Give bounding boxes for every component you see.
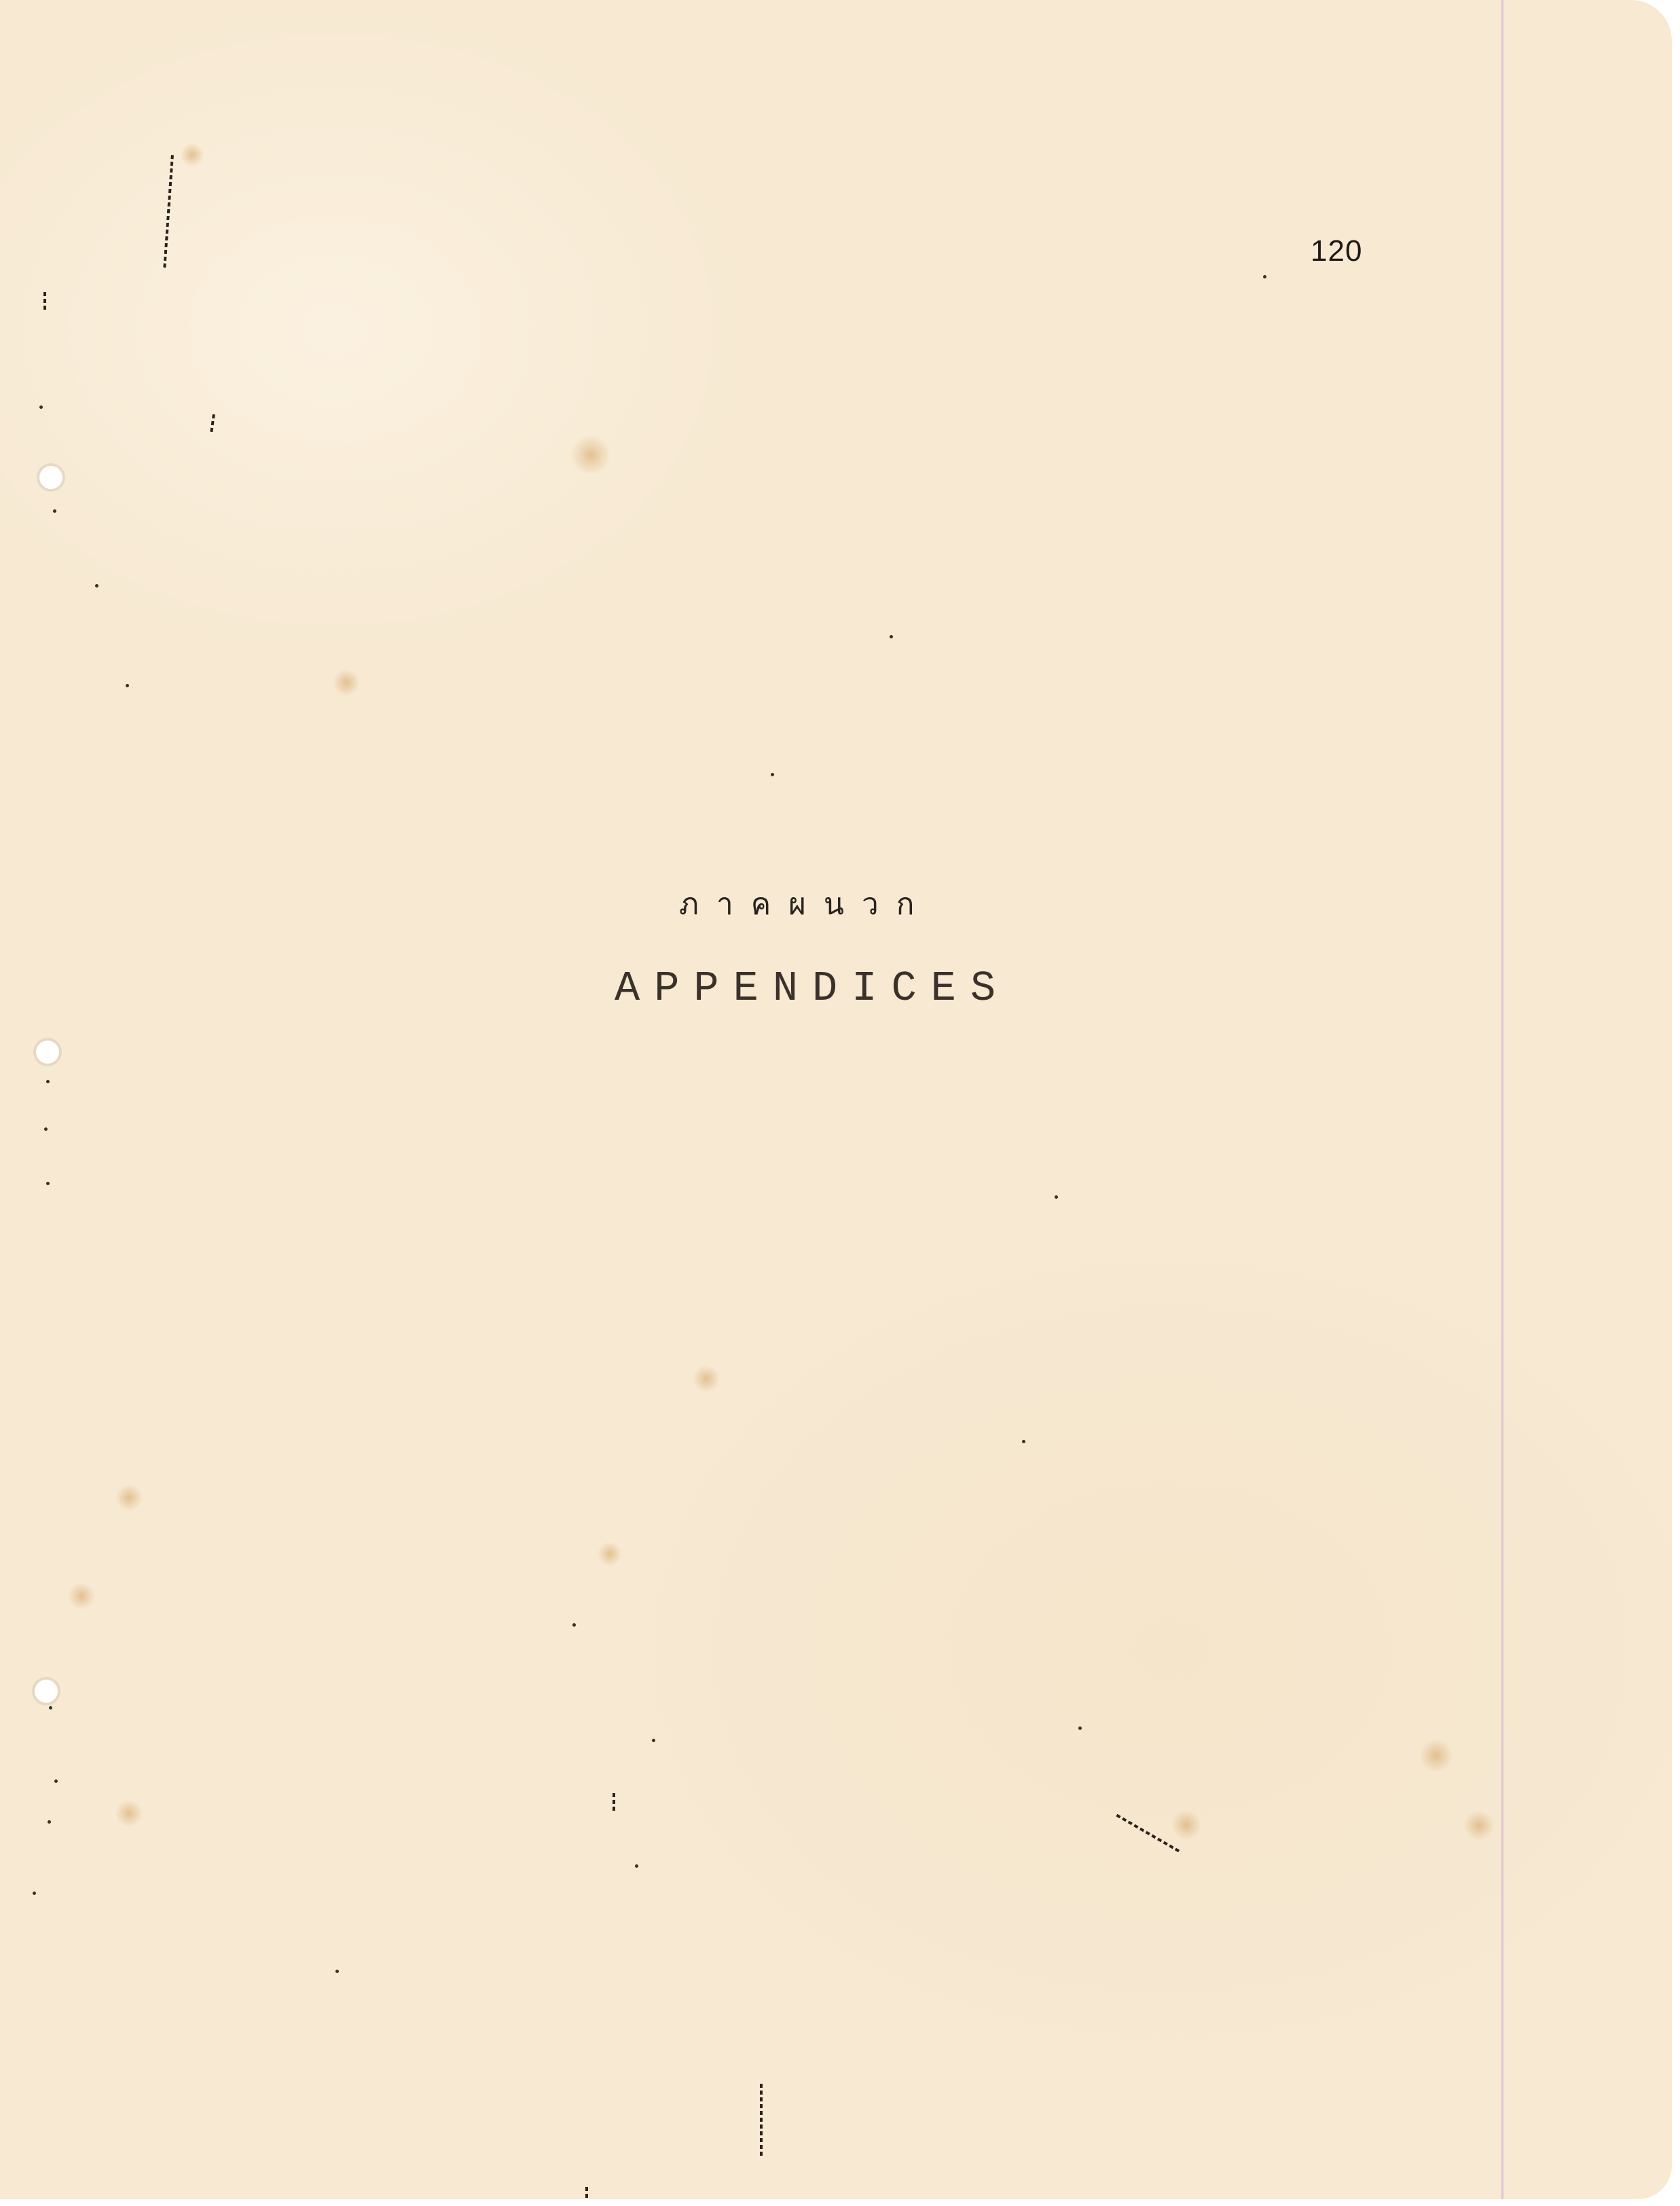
document-page: 120 ภาคผนวก APPENDICES [0, 0, 1672, 2199]
margin-mark [210, 414, 215, 433]
speck [1078, 1726, 1082, 1730]
stain [693, 1365, 720, 1392]
page-number: 120 [1311, 234, 1362, 268]
speck [1055, 1195, 1058, 1199]
punch-hole-bottom [35, 1680, 58, 1703]
speck [1022, 1440, 1025, 1443]
speck [46, 1182, 50, 1185]
speck [53, 509, 56, 513]
stain [1419, 1739, 1453, 1773]
stain [115, 1484, 143, 1511]
stain [180, 143, 204, 167]
stain [68, 1583, 95, 1610]
speck [126, 684, 129, 687]
speck [335, 1970, 339, 1973]
speck [49, 1706, 52, 1710]
stain [1171, 1810, 1201, 1840]
speck [635, 1864, 638, 1868]
speck [572, 1623, 576, 1627]
speck [39, 405, 43, 409]
speck [1263, 275, 1266, 278]
margin-mark [613, 1793, 615, 1813]
margin-mark [43, 292, 46, 312]
speck [652, 1739, 655, 1742]
title-thai: ภาคผนวก [679, 880, 932, 928]
speck [33, 1892, 36, 1895]
speck [95, 584, 98, 587]
stain [333, 669, 360, 696]
speck [46, 1080, 50, 1083]
right-margin-line [1501, 0, 1503, 2199]
margin-mark [760, 2084, 763, 2158]
stain [570, 435, 611, 475]
punch-hole-middle [36, 1041, 59, 1064]
title-english: APPENDICES [615, 964, 1010, 1013]
speck [44, 1127, 48, 1131]
stain [598, 1542, 622, 1566]
speck [890, 635, 893, 638]
speck [771, 773, 774, 776]
stain [115, 1800, 143, 1827]
stain [1463, 1810, 1495, 1841]
speck [54, 1779, 58, 1783]
margin-mark [585, 2187, 588, 2199]
punch-hole-top [39, 466, 62, 489]
margin-mark [163, 155, 174, 270]
speck [48, 1820, 51, 1824]
